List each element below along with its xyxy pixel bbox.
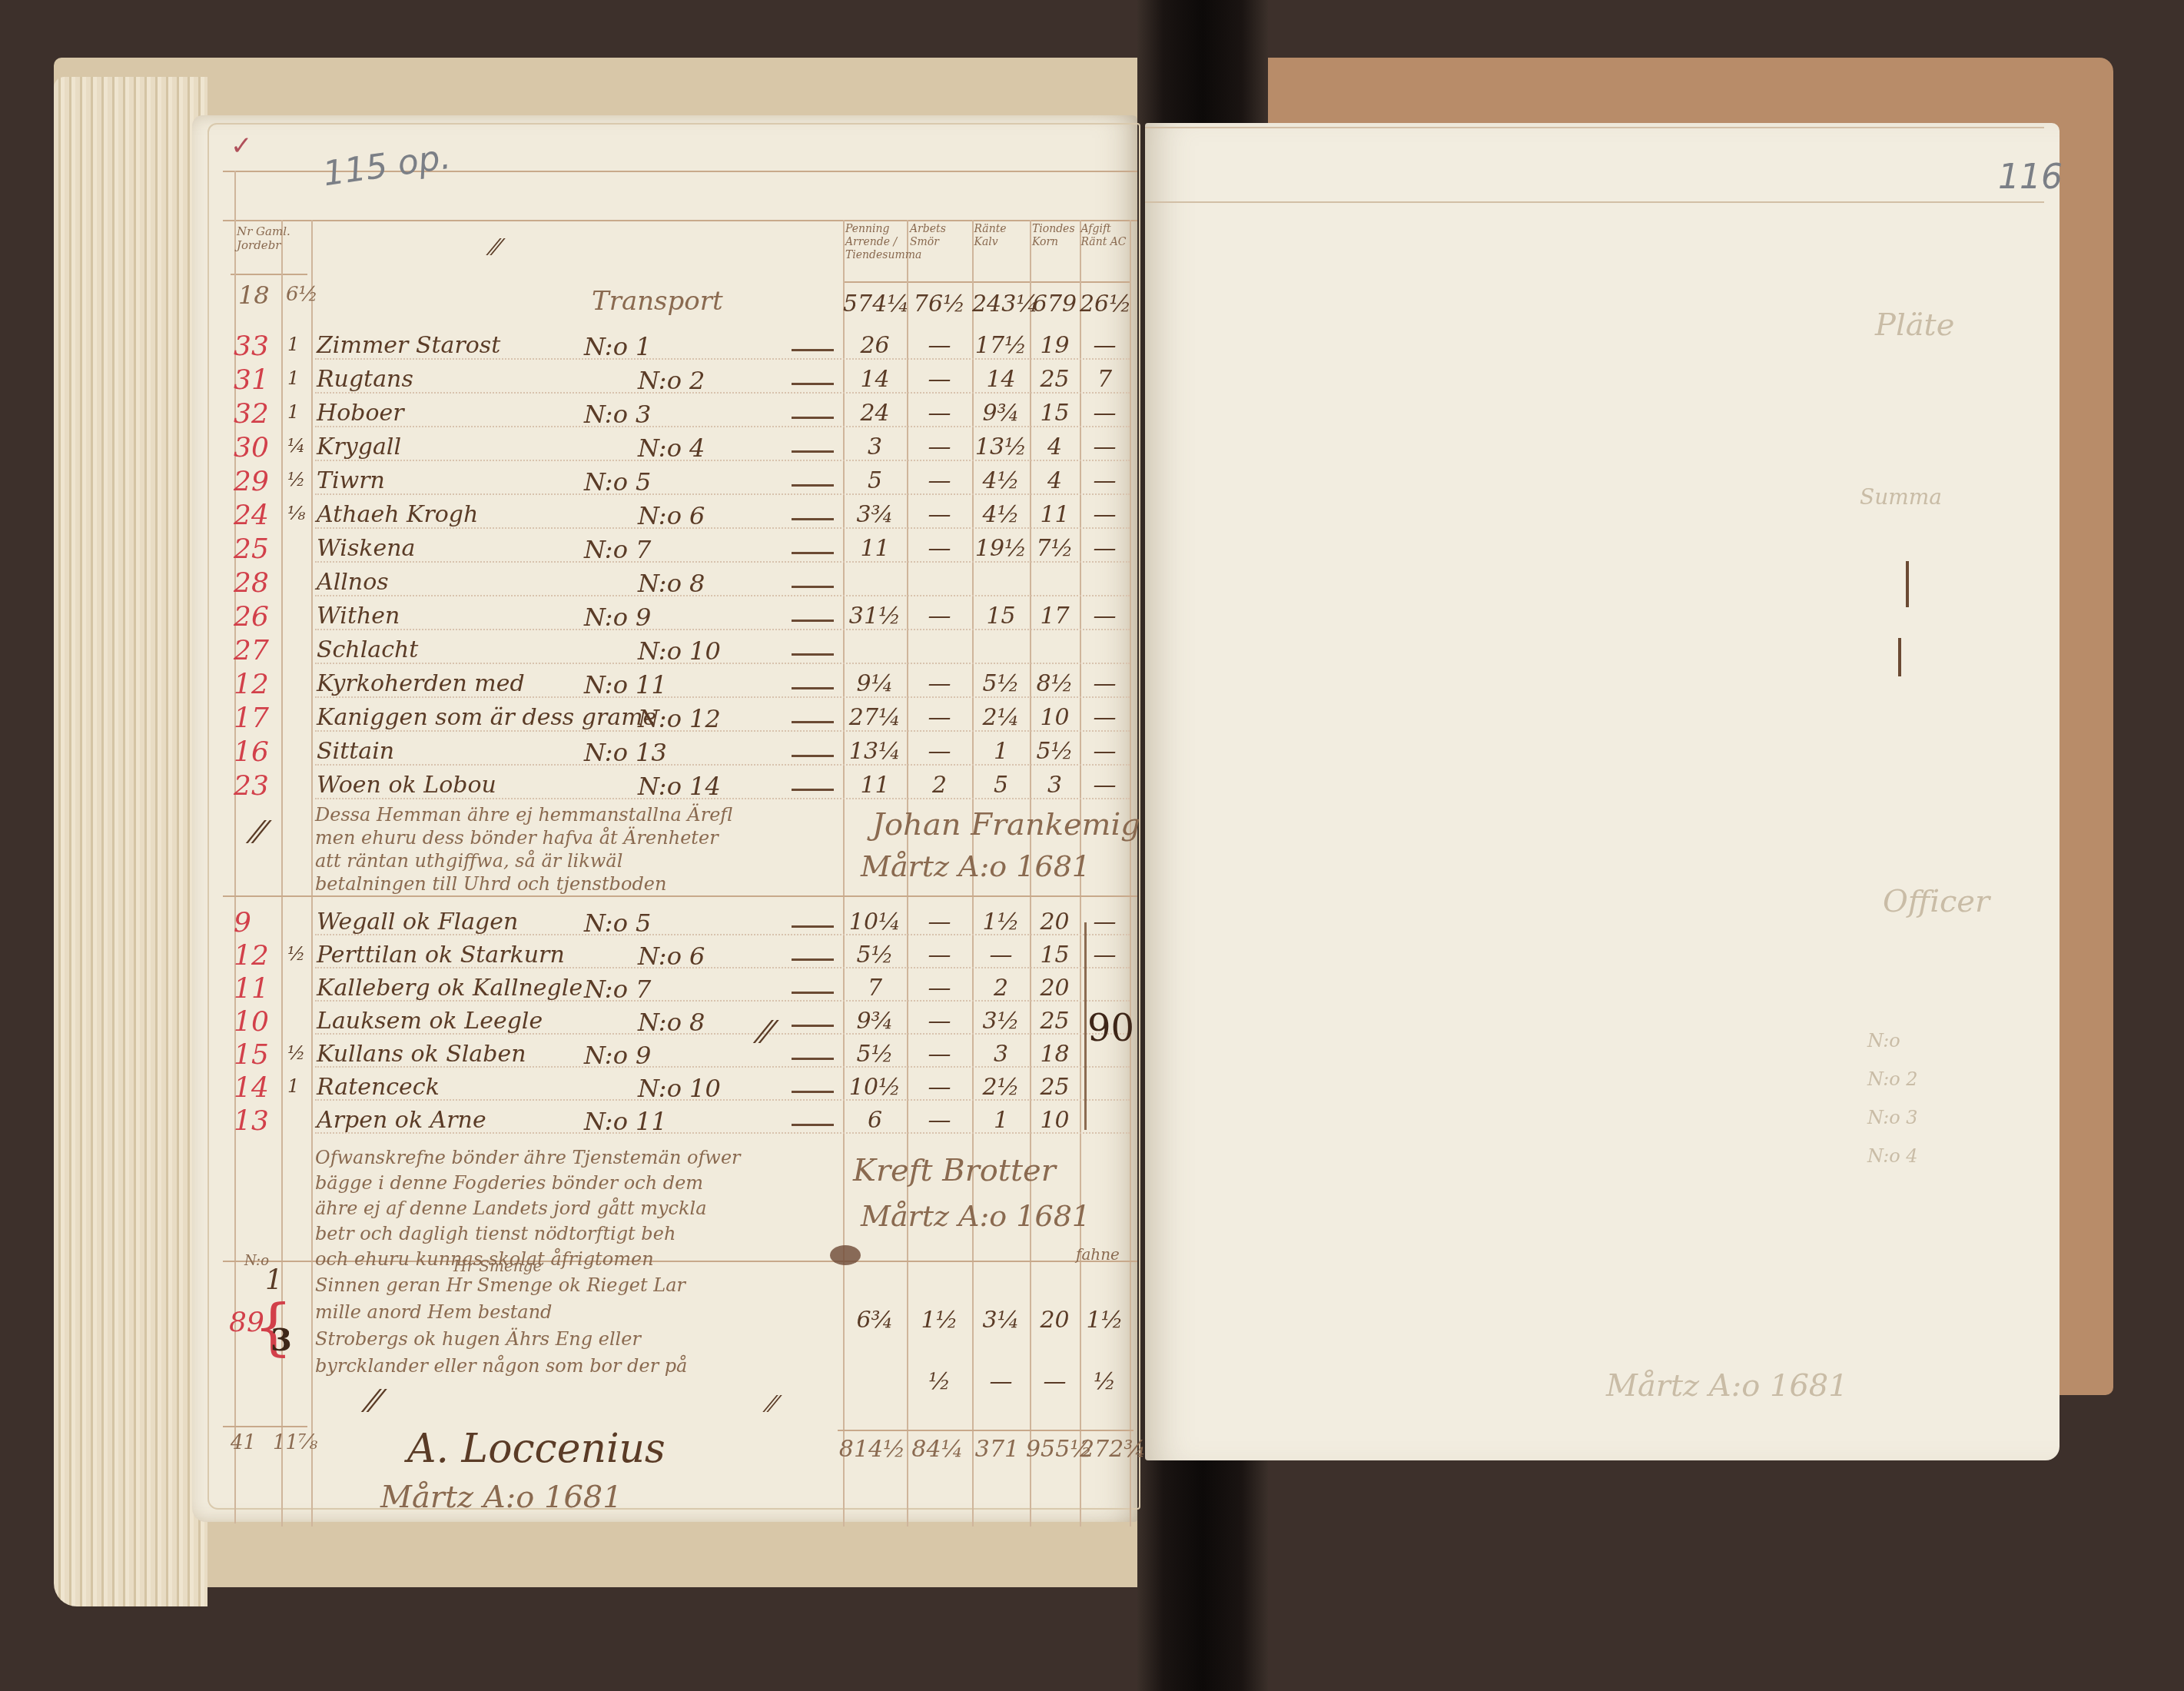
value-cell: 1	[972, 1107, 1030, 1134]
section-rule	[223, 895, 1137, 897]
value-cell: 2½	[972, 1074, 1030, 1101]
header-value-columns: Penning Arrende / Tiendesumma Arbets Smö…	[845, 223, 1130, 262]
value-cell: 9¾	[972, 400, 1030, 427]
table-row: 321HoboerN:o 324—9¾15—	[223, 398, 1137, 432]
dash-mark	[792, 450, 834, 453]
value-cell: —	[907, 975, 972, 1002]
name-line: Sinnen geran Hr Smenge ok Rieget Lar	[315, 1272, 687, 1299]
header-top-rule	[223, 220, 1137, 221]
header-col-3: Ränte Kalv	[974, 223, 1031, 262]
table-row: 141RatenceckN:o 1010½—2½25	[223, 1072, 1137, 1105]
row-guide	[315, 663, 1130, 664]
row-nr: 9	[234, 907, 251, 939]
value-cell: —	[1080, 467, 1130, 494]
value-cell: 26½	[1080, 291, 1130, 317]
transport-parts: 6½	[286, 283, 318, 306]
dash-mark	[792, 1025, 834, 1027]
value-cell: 3¼	[972, 1307, 1030, 1334]
value-cell: 5½	[843, 1041, 907, 1068]
bleedthrough-text: N:o	[1867, 1030, 1900, 1051]
value-cell: 26	[843, 332, 907, 359]
row-nr: 16	[234, 736, 269, 768]
table-row: 331Zimmer StarostN:o 126—17½19—	[223, 331, 1137, 364]
row-nr: 27	[234, 635, 269, 666]
value-cell: —	[1080, 670, 1130, 697]
row-name: Wiskena	[317, 535, 415, 562]
value-cell: —	[1030, 1368, 1080, 1395]
dash-mark	[792, 687, 834, 689]
value-cell: —	[972, 942, 1030, 968]
value-cell: —	[907, 942, 972, 968]
value-cell: 15	[972, 603, 1030, 630]
row-nr: 10	[234, 1006, 269, 1038]
table-row: 11Kalleberg ok KallnegleN:o 77—220	[223, 973, 1137, 1006]
dash-mark	[792, 1058, 834, 1060]
right-header-rule	[1145, 201, 2044, 203]
value-cell: —	[907, 434, 972, 460]
value-cell: 8½	[1030, 670, 1080, 697]
name-line: mille anord Hem bestand	[315, 1299, 687, 1326]
value-cell: 17	[1030, 603, 1080, 630]
value-cell: 4	[1030, 467, 1080, 494]
value-cell: 11	[843, 535, 907, 562]
row-guide	[315, 595, 1130, 596]
note-2: Ofwanskrefne bönder ähre Tjenstemän ofwe…	[315, 1145, 741, 1272]
value-cell: —	[1080, 434, 1130, 460]
value-cell: 13¼	[843, 738, 907, 765]
header-bottom-rule-nr	[231, 274, 307, 275]
value-cell: 15	[1030, 942, 1080, 968]
bleedthrough-text: N:o 3	[1867, 1107, 1918, 1128]
row-number: N:o 8	[638, 1008, 705, 1037]
row-number: N:o 11	[584, 1107, 667, 1136]
ink-mark	[1898, 638, 1901, 676]
value-cell: 15	[1030, 400, 1080, 427]
note-line: betalningen till Uhrd och tjenstboden	[315, 872, 732, 895]
page-stack-edge	[54, 77, 207, 1606]
row-name: Allnos	[317, 569, 389, 596]
table-row: 17Kaniggen som är dess grameN:o 1227¼—2¼…	[223, 703, 1137, 736]
value-cell: —	[907, 1008, 972, 1035]
value-cell: —	[1080, 738, 1130, 765]
value-cell: 25	[1030, 366, 1080, 393]
value-cell: 25	[1030, 1008, 1080, 1035]
row-name: Arpen ok Arne	[317, 1107, 486, 1134]
row-values: 6¾ 1½ 3¼ 20 1½	[843, 1307, 1130, 1334]
row-number: N:o 2	[638, 366, 705, 395]
table-row: 13Arpen ok ArneN:o 116—110	[223, 1105, 1137, 1138]
totals-rule-left	[223, 1426, 307, 1427]
bleedthrough-text: Summa	[1860, 484, 1942, 510]
bleedthrough-text: N:o 2	[1867, 1068, 1918, 1090]
table-row: 29½TiwrnN:o 55—4½4—	[223, 466, 1137, 500]
transport-label: Transport	[592, 286, 723, 317]
row-parts: ¼	[287, 435, 305, 457]
value-cell: 7	[843, 975, 907, 1002]
table-row: 9Wegall ok FlagenN:o 510¼—1½20—	[223, 907, 1137, 940]
dash-mark	[792, 620, 834, 622]
value-cell: 10¼	[843, 909, 907, 935]
row-parts: ½	[287, 469, 305, 490]
value-cell: 20	[1030, 1307, 1080, 1334]
row-nr: 12	[234, 940, 269, 972]
value-cell	[843, 1368, 907, 1395]
subsection-header: fahne	[1076, 1245, 1120, 1264]
row-nr: 25	[234, 533, 269, 565]
row-nr: 12	[234, 669, 269, 700]
row-nr: 26	[234, 601, 269, 633]
right-top-rule	[1145, 127, 2044, 128]
tally-mark-icon: ⁄⁄	[492, 234, 500, 261]
dash-mark	[792, 721, 834, 723]
margin-mark-icon: ⁄⁄	[768, 1391, 776, 1418]
value-cell: 14	[843, 366, 907, 393]
value-cell: 25	[1030, 1074, 1080, 1101]
row-parts: 3	[271, 1322, 292, 1358]
row-values: ½ — — ½	[843, 1368, 1130, 1395]
note-line: men ehuru dess bönder hafva åt Ärenheter	[315, 826, 732, 849]
value-cell: ½	[907, 1368, 972, 1395]
total-parts: 11⅞	[273, 1431, 317, 1454]
row-number: N:o 3	[584, 400, 651, 429]
value-cell: 13½	[972, 434, 1030, 460]
dash-mark	[792, 1091, 834, 1093]
value-cell: 19½	[972, 535, 1030, 562]
dash-mark	[792, 653, 834, 656]
final-signature-name: A. Loccenius	[407, 1426, 665, 1472]
row-number: N:o 11	[584, 670, 667, 699]
row-number: N:o 9	[584, 603, 651, 632]
value-cell: —	[907, 501, 972, 528]
value-cell: 3½	[972, 1008, 1030, 1035]
row-number: N:o 7	[584, 535, 651, 564]
pencil-folio-number: 116	[1998, 158, 2063, 197]
value-cell: 3	[843, 434, 907, 460]
value-cell: 6¾	[843, 1307, 907, 1334]
header-nr: Nr Gaml. Jordebr	[237, 224, 306, 252]
value-cell: —	[1080, 501, 1130, 528]
row-parts: 1	[287, 334, 299, 355]
total-cell: 272¾	[1080, 1436, 1130, 1463]
table-row: 16SittainN:o 1313¼—15½—	[223, 736, 1137, 770]
row-name: Rugtans	[317, 366, 413, 393]
value-cell: 20	[1030, 975, 1080, 1002]
row-number: N:o 6	[638, 942, 705, 971]
note-1: Dessa Hemman ähre ej hemmanstallna Ärefl…	[315, 803, 732, 895]
row-number: N:o 10	[638, 636, 721, 666]
header-bottom-rule-values	[843, 281, 1131, 283]
value-cell: 10½	[843, 1074, 907, 1101]
value-cell: 7½	[1030, 535, 1080, 562]
row-parts: 1	[287, 1075, 299, 1097]
total-cell: 371	[968, 1436, 1026, 1463]
row-name: Ratenceck	[317, 1074, 440, 1101]
bleedthrough-text: Officer	[1883, 884, 1990, 919]
header-col-5: Afgift Ränt AC	[1080, 223, 1130, 262]
row-name: Woen ok Lobou	[317, 772, 496, 799]
dash-mark	[792, 417, 834, 419]
value-cell: —	[907, 467, 972, 494]
name-line: Strobergs ok hugen Ährs Eng eller	[315, 1326, 687, 1353]
dash-mark	[792, 349, 834, 351]
value-cell: 10	[1030, 1107, 1080, 1134]
value-cell: 5½	[972, 670, 1030, 697]
value-cell: —	[1080, 535, 1130, 562]
value-cell: 679	[1030, 291, 1080, 317]
value-cell: —	[907, 670, 972, 697]
dash-mark	[792, 1124, 834, 1126]
value-cell: 18	[1030, 1041, 1080, 1068]
value-cell: 5½	[1030, 738, 1080, 765]
row-name: Sittain	[317, 738, 394, 765]
row-number: N:o 12	[638, 704, 721, 733]
value-cell: 11	[843, 772, 907, 799]
value-cell: 17½	[972, 332, 1030, 359]
value-cell: 3	[1030, 772, 1080, 799]
note-line: ähre ej af denne Landets jord gått myckl…	[315, 1196, 741, 1221]
value-cell: 4½	[972, 467, 1030, 494]
row-nr: 30	[234, 432, 269, 463]
value-cell: 4	[1030, 434, 1080, 460]
table-row: 23Woen ok LobouN:o 1411253—	[223, 770, 1137, 804]
row-nr: 29	[234, 466, 269, 497]
row-nr: 14	[234, 1072, 269, 1104]
dash-mark	[792, 925, 834, 928]
value-cell: 3	[972, 1041, 1030, 1068]
row-number: N:o 1	[584, 332, 651, 361]
value-cell: —	[907, 1041, 972, 1068]
value-cell: —	[907, 704, 972, 731]
value-cell: —	[907, 1074, 972, 1101]
ink-blot	[830, 1245, 861, 1265]
table-row: 311RugtansN:o 214—14257	[223, 364, 1137, 398]
dash-mark	[792, 484, 834, 487]
row-parts: ½	[287, 1042, 305, 1064]
value-cell: —	[1080, 603, 1130, 630]
value-cell: —	[972, 1368, 1030, 1395]
value-cell: 5	[972, 772, 1030, 799]
table-row: 10Lauksem ok LeegleN:o 89¾—3½25	[223, 1006, 1137, 1039]
table-row: 25WiskenaN:o 711—19½7½—	[223, 533, 1137, 567]
dash-mark	[792, 552, 834, 554]
row-nr: 32	[234, 398, 269, 430]
row-number: N:o 5	[584, 467, 651, 497]
note-line: bägge i denne Fogderies bönder och dem	[315, 1171, 741, 1196]
totals-rule-right	[838, 1430, 1133, 1431]
bleedthrough-text: Mårtz A:o 1681	[1606, 1368, 1848, 1404]
value-cell: 2	[907, 772, 972, 799]
name-line: byrcklander eller någon som bor der på	[315, 1353, 687, 1380]
dash-mark	[792, 586, 834, 588]
dash-mark	[792, 383, 834, 385]
transport-nr: 18	[238, 281, 270, 310]
row-parts: 1	[287, 367, 299, 389]
value-cell: 1½	[907, 1307, 972, 1334]
row-number: N:o 4	[638, 434, 705, 463]
value-cell: 1	[972, 738, 1030, 765]
row-nr: 28	[234, 567, 269, 599]
table-row: 15½Kullans ok SlabenN:o 95½—318	[223, 1039, 1137, 1072]
value-cell: 76½	[907, 291, 972, 317]
value-cell: 3¾	[843, 501, 907, 528]
dash-mark	[792, 755, 834, 757]
note-line: betr och dagligh tienst nödtorftigt beh	[315, 1221, 741, 1247]
row-nr: 24	[234, 500, 269, 531]
value-cell: 24	[843, 400, 907, 427]
total-nr: 41	[231, 1431, 256, 1454]
note-line: att räntan uthgiffwa, så är likwäl	[315, 849, 732, 872]
row-number: N:o 13	[584, 738, 667, 767]
value-cell: 243¼	[972, 291, 1030, 317]
bracket	[1080, 922, 1087, 1130]
value-cell: —	[907, 909, 972, 935]
value-cell: 1½	[972, 909, 1030, 935]
table-row: 24⅛Athaeh KroghN:o 63¾—4½11—	[223, 500, 1137, 533]
value-cell: 19	[1030, 332, 1080, 359]
value-cell: 20	[1030, 909, 1080, 935]
value-cell: 5	[843, 467, 907, 494]
table-row: 26WithenN:o 931½—1517—	[223, 601, 1137, 635]
value-cell: 5½	[843, 942, 907, 968]
table-row: 12½Perttilan ok StarkurnN:o 65½——15—	[223, 940, 1137, 973]
value-cell: —	[1080, 772, 1130, 799]
signature-2-name: Kreft Brotter	[853, 1153, 1056, 1188]
row-number: N:o 7	[584, 975, 651, 1004]
value-cell: —	[907, 400, 972, 427]
row-name: Wegall ok Flagen	[317, 909, 518, 935]
value-cell: 14	[972, 366, 1030, 393]
row-number: N:o 10	[638, 1074, 721, 1103]
bleedthrough-text: Pläte	[1875, 307, 1954, 343]
total-cell: 84¼	[907, 1436, 968, 1463]
table-row: 28AllnosN:o 8	[223, 567, 1137, 601]
total-cell: 955½	[1026, 1436, 1080, 1463]
value-cell: —	[1080, 332, 1130, 359]
totals-values: 814½ 84¼ 371 955½ 272¾	[838, 1436, 1130, 1463]
value-cell: —	[1080, 400, 1130, 427]
header-col-4: Tiondes Korn	[1032, 223, 1081, 262]
value-cell: 9¾	[843, 1008, 907, 1035]
row-nr: 17	[234, 703, 269, 734]
value-cell: 11	[1030, 501, 1080, 528]
row-parts: ½	[287, 943, 305, 965]
value-cell: 7	[1080, 366, 1130, 393]
row-name-lines: Sinnen geran Hr Smenge ok Rieget Lar mil…	[315, 1272, 687, 1380]
signature-1-name: Johan Frankemig	[872, 807, 1140, 842]
signature-2-date: Mårtz A:o 1681	[861, 1199, 1090, 1233]
margin-mark-icon: ⁄⁄	[761, 1015, 771, 1050]
total-cell: 814½	[838, 1436, 907, 1463]
check-mark: ✓	[231, 131, 253, 161]
transport-values: 574¼ 76½ 243¼ 679 26½	[843, 291, 1130, 317]
value-cell: —	[907, 603, 972, 630]
row-nr: 11	[234, 973, 269, 1005]
table-row: 30¼KrygallN:o 43—13½4—	[223, 432, 1137, 466]
value-cell: —	[907, 738, 972, 765]
margin-mark-icon: ⁄⁄	[369, 1384, 379, 1419]
ink-mark	[1906, 561, 1909, 607]
dash-mark	[792, 789, 834, 791]
row-number: N:o 9	[584, 1041, 651, 1070]
table-row: 27SchlachtN:o 10	[223, 635, 1137, 669]
value-cell: 9¼	[843, 670, 907, 697]
row-name: Zimmer Starost	[317, 332, 500, 359]
row-name: Hoboer	[317, 400, 404, 427]
note-line: Ofwanskrefne bönder ähre Tjenstemän ofwe…	[315, 1145, 741, 1171]
value-cell: 6	[843, 1107, 907, 1134]
value-cell: —	[1080, 909, 1130, 935]
row-name: Lauksem ok Leegle	[317, 1008, 543, 1035]
dash-mark	[792, 518, 834, 520]
value-cell: 2¼	[972, 704, 1030, 731]
row-name: Schlacht	[317, 636, 418, 663]
dash-mark	[792, 992, 834, 994]
final-signature-date: Mårtz A:o 1681	[380, 1480, 622, 1515]
row-number: N:o 8	[638, 569, 705, 598]
signature-1-date: Mårtz A:o 1681	[861, 849, 1090, 883]
margin-mark-icon: ⁄⁄	[254, 815, 264, 850]
row-parts: ⅛	[287, 503, 305, 524]
row-nr: 23	[234, 770, 269, 802]
value-cell: —	[907, 535, 972, 562]
row-name: Kalleberg ok Kallnegle	[317, 975, 583, 1002]
value-cell: —	[1080, 942, 1130, 968]
row-number: N:o 14	[638, 772, 721, 801]
row-name: Tiwrn	[317, 467, 385, 494]
header-col-1: Penning Arrende / Tiendesumma	[845, 223, 910, 262]
row-name: Perttilan ok Starkurn	[317, 942, 565, 968]
row-nr: 15	[234, 1039, 269, 1071]
row-name: Withen	[317, 603, 400, 630]
row-nr: 33	[234, 331, 269, 362]
table-row: 12Kyrkoherden medN:o 119¼—5½8½—	[223, 669, 1137, 703]
bleedthrough-text: N:o 4	[1867, 1145, 1918, 1167]
value-cell: 1½	[1080, 1307, 1130, 1334]
value-cell: 31½	[843, 603, 907, 630]
note-line: Dessa Hemman ähre ej hemmanstallna Ärefl	[315, 803, 732, 826]
value-cell: 574¼	[843, 291, 907, 317]
row-name: Kyrkoherden med	[317, 670, 525, 697]
value-cell: —	[907, 366, 972, 393]
bracket-total: 90	[1087, 1007, 1134, 1050]
row-name: Kullans ok Slaben	[317, 1041, 526, 1068]
value-cell: 27¼	[843, 704, 907, 731]
header-col-2: Arbets Smör	[910, 223, 974, 262]
value-cell: ½	[1080, 1368, 1130, 1395]
dash-mark	[792, 958, 834, 961]
value-cell: 4½	[972, 501, 1030, 528]
value-cell: —	[1080, 704, 1130, 731]
row-number: N:o 5	[584, 909, 651, 938]
value-cell: 2	[972, 975, 1030, 1002]
value-cell: 10	[1030, 704, 1080, 731]
value-cell: —	[907, 332, 972, 359]
row-nr: 13	[234, 1105, 269, 1137]
value-cell: —	[907, 1107, 972, 1134]
row-nr: 31	[234, 364, 269, 396]
row-name: Krygall	[317, 434, 401, 460]
row-name: Athaeh Krogh	[317, 501, 478, 528]
row-parts: 1	[287, 401, 299, 423]
row-number: N:o 6	[638, 501, 705, 530]
row-name: Kaniggen som är dess grame	[317, 704, 656, 731]
